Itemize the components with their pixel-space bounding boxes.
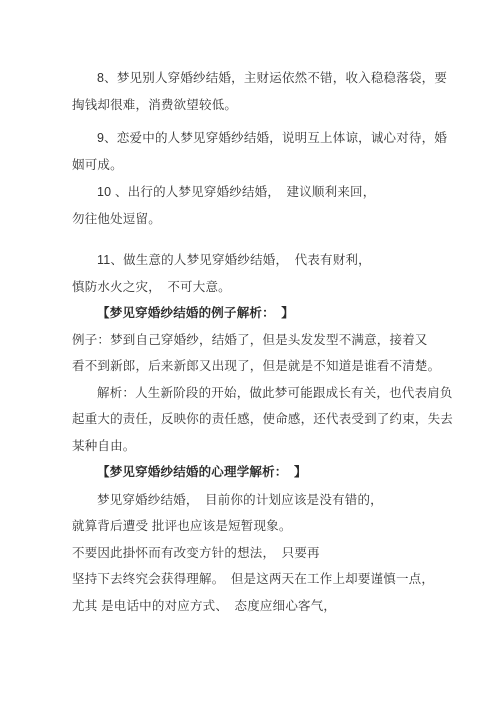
text-line: 11、做生意的人梦见穿婚纱结婚， 代表有财利， [72,247,460,274]
text-line: 某种自由。 [72,433,460,460]
text-line: 就算背后遭受 批评也应该是短暂现象。 [72,513,460,540]
text-line: 坚持下去终究会获得理解。 但是这两天在工作上却要谨慎一点， [72,566,460,593]
text-line: 掏钱却很难，消费欲望较低。 [72,92,460,119]
text-line: 8、梦见别人穿婚纱结婚，主财运依然不错，收入稳稳落袋，要 [72,65,460,92]
text-line: 不要因此掛怀而有改变方针的想法， 只要再 [72,540,460,567]
text-line: 例子：梦到自己穿婚纱，结婚了，但是头发发型不满意，接着又 [72,327,460,354]
section-heading-example: 【梦见穿婚纱结婚的例子解析： 】 [72,300,460,327]
text-line: 起重大的责任，反映你的责任感，使命感，还代表受到了约束，失去 [72,406,460,433]
text-line: 尤其 是电话中的对应方式、 态度应细心客气， [72,593,460,620]
text-line: 慎防水火之灾， 不可大意。 [72,274,460,301]
text-line: 解析：人生新阶段的开始，做此梦可能跟成长有关，也代表肩负 [72,380,460,407]
document-page: 8、梦见别人穿婚纱结婚，主财运依然不错，收入稳稳落袋，要 掏钱却很难，消费欲望较… [0,0,500,708]
text-line: 10 、出行的人梦见穿婚纱结婚， 建议顺利来回， [72,179,460,206]
text-line: 梦见穿婚纱结婚， 目前你的计划应该是没有错的， [72,487,460,514]
text-line: 9、恋爱中的人梦见穿婚纱结婚，说明互上体谅，诚心对待，婚 [72,125,460,152]
text-line: 看不到新郎，后来新郎又出现了，但是就是不知道是谁看不清楚。 [72,353,460,380]
text-line: 勿往他处逗留。 [72,206,460,233]
text-line: 姻可成。 [72,152,460,179]
section-heading-psychology: 【梦见穿婚纱结婚的心理学解析： 】 [72,459,460,486]
